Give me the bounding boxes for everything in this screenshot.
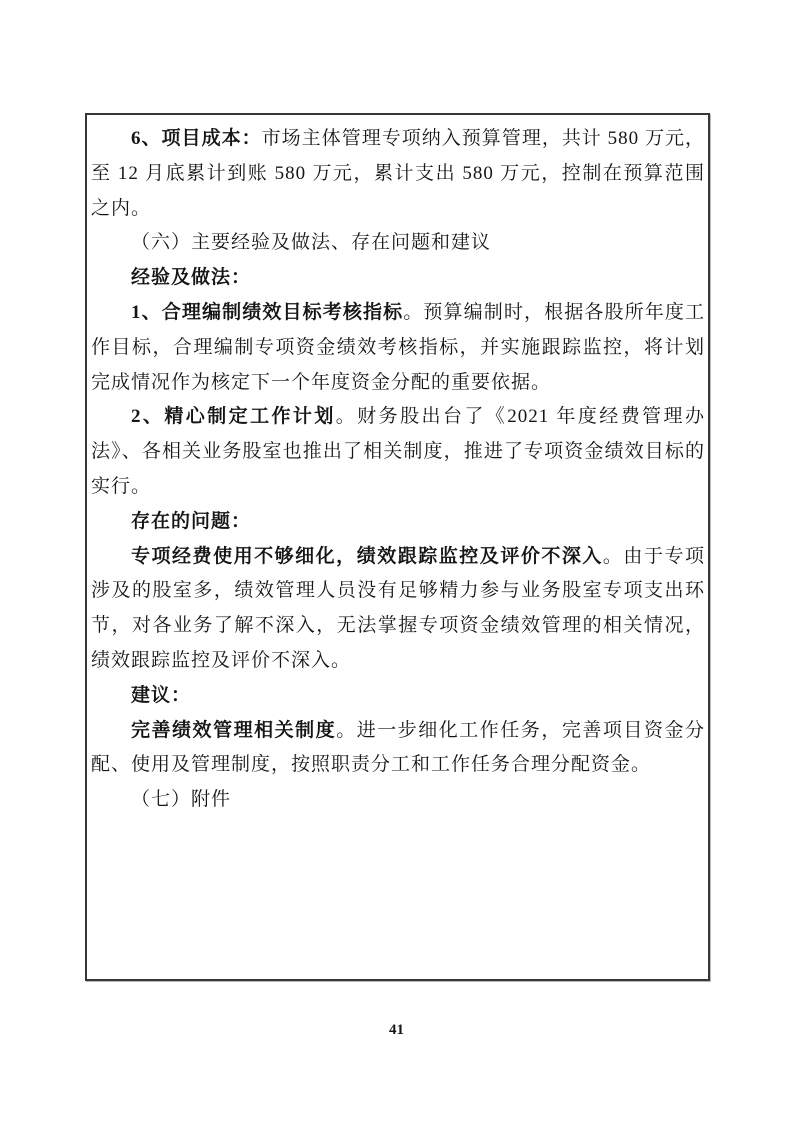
paragraph-kpi-compilation: 1、合理编制绩效目标考核指标。预算编制时，根据各股所年度工作目标，合理编制专项资… <box>91 296 705 400</box>
heading-section-six-text: （六）主要经验及做法、存在问题和建议 <box>131 232 491 253</box>
heading-suggestions-lead: 建议： <box>131 685 191 706</box>
page-number: 41 <box>0 1022 793 1039</box>
heading-section-six: （六）主要经验及做法、存在问题和建议 <box>91 226 705 261</box>
heading-section-seven: （七）附件 <box>91 783 705 818</box>
paragraph-work-plan: 2、精心制定工作计划。财务股出台了《2021 年度经费管理办法》、各相关业务股室… <box>91 400 705 504</box>
paragraph-work-plan-lead: 2、精心制定工作计划 <box>131 406 336 427</box>
paragraph-project-cost-lead: 6、项目成本： <box>131 128 262 149</box>
content-border-box: 6、项目成本：市场主体管理专项纳入预算管理，共计 580 万元，至 12 月底累… <box>85 113 710 981</box>
paragraph-kpi-compilation-lead: 1、合理编制绩效目标考核指标 <box>131 302 403 323</box>
heading-experience-lead: 经验及做法： <box>131 267 251 288</box>
paragraph-problem-detail: 专项经费使用不够细化，绩效跟踪监控及评价不深入。由于专项涉及的股室多，绩效管理人… <box>91 540 705 679</box>
heading-suggestions: 建议： <box>91 679 705 714</box>
paragraph-problem-detail-lead: 专项经费使用不够细化，绩效跟踪监控及评价不深入 <box>131 546 603 567</box>
document-page: 6、项目成本：市场主体管理专项纳入预算管理，共计 580 万元，至 12 月底累… <box>0 0 793 1122</box>
heading-experience: 经验及做法： <box>91 261 705 296</box>
paragraph-suggestion-detail: 完善绩效管理相关制度。进一步细化工作任务，完善项目资金分配、使用及管理制度，按照… <box>91 714 705 784</box>
heading-section-seven-text: （七）附件 <box>131 789 231 810</box>
heading-problems: 存在的问题： <box>91 505 705 540</box>
heading-problems-lead: 存在的问题： <box>131 511 251 532</box>
paragraph-suggestion-detail-lead: 完善绩效管理相关制度 <box>131 720 336 741</box>
paragraph-project-cost: 6、项目成本：市场主体管理专项纳入预算管理，共计 580 万元，至 12 月底累… <box>91 122 705 226</box>
